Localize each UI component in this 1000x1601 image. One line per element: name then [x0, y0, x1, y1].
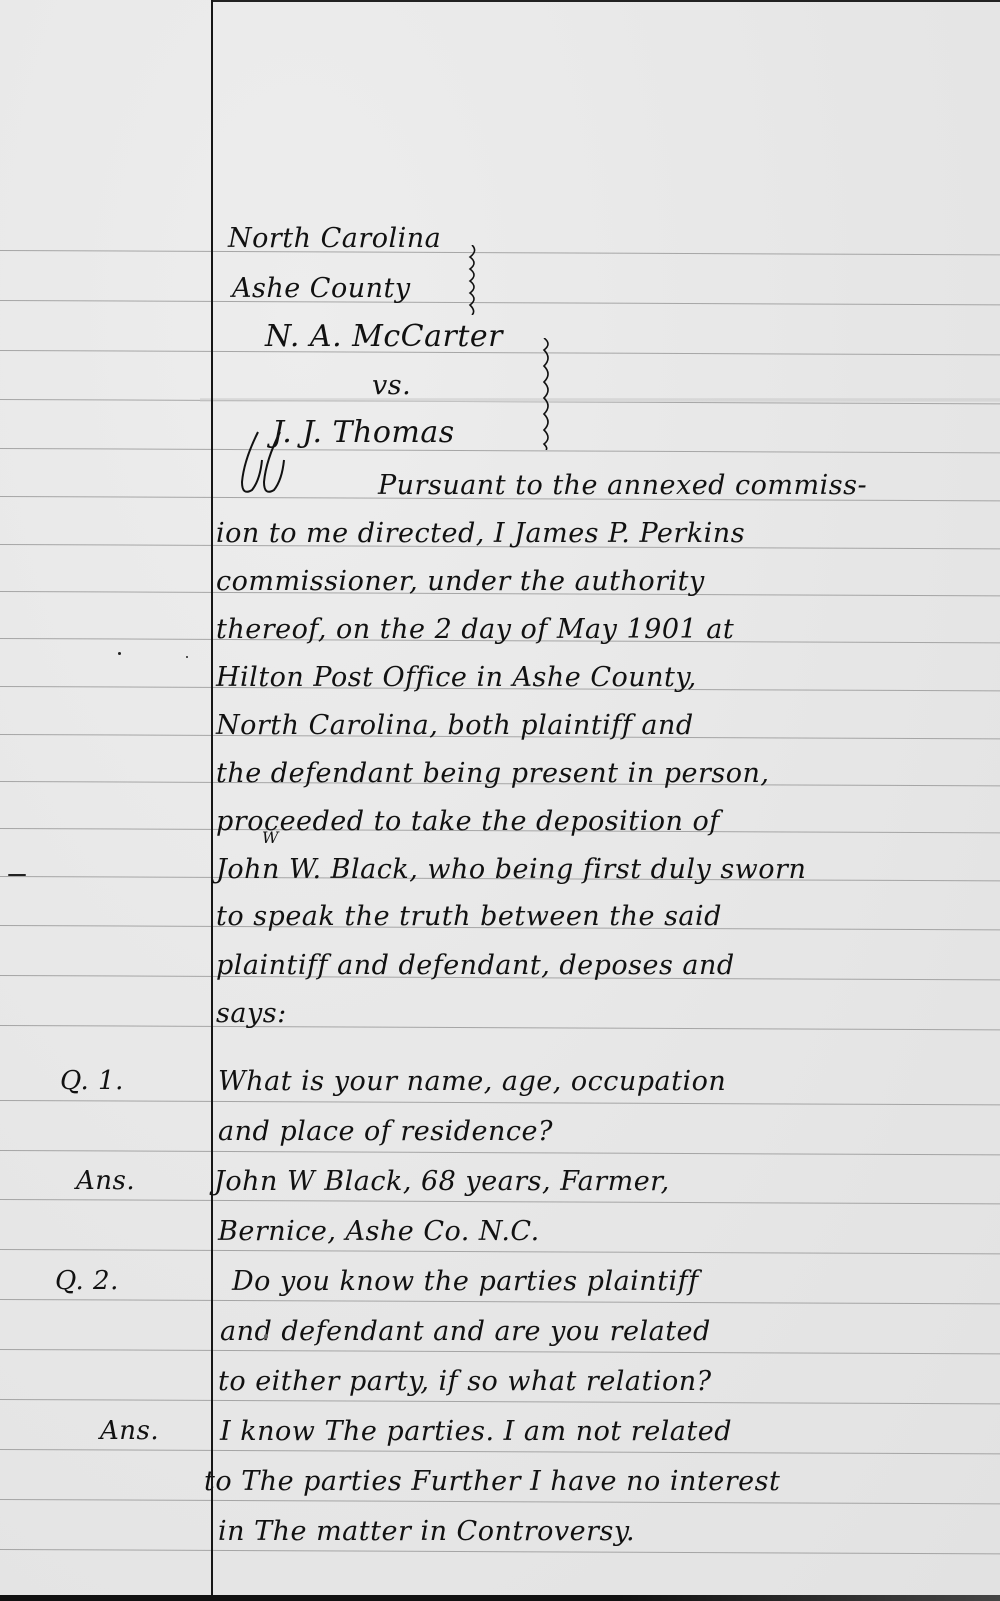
paper-fold-crease: [200, 398, 1000, 402]
question-line: and defendant and are you related: [220, 1318, 711, 1345]
caption-defendant: J. J. Thomas: [272, 418, 455, 448]
ruled-line: [0, 1150, 1000, 1155]
question-label: Q. 2.: [55, 1268, 119, 1294]
caption-flourish-icon: [238, 430, 298, 500]
answer-line: John W Black, 68 years, Farmer,: [214, 1168, 670, 1195]
question-line: What is your name, age, occupation: [218, 1068, 726, 1095]
ruled-line: [0, 1399, 1000, 1404]
body-line: Hilton Post Office in Ashe County,: [216, 664, 697, 691]
question-line: and place of residence?: [218, 1118, 553, 1145]
ruled-line: [0, 1449, 1000, 1454]
ruled-line: [0, 250, 1000, 255]
body-line: the defendant being present in person,: [216, 760, 769, 787]
caption-brace-icon: [466, 245, 480, 315]
page-top-edge: [213, 0, 1000, 2]
answer-label: Ans.: [76, 1168, 135, 1194]
body-line: to speak the truth between the said: [216, 903, 722, 930]
body-line: proceeded to take the deposition of: [216, 808, 720, 835]
body-line: commissioner, under the authority: [216, 568, 705, 595]
body-line: ion to me directed, I James P. Perkins: [216, 520, 745, 547]
body-line: says:: [216, 1000, 287, 1027]
body-line: Pursuant to the annexed commiss-: [378, 472, 867, 499]
caption-county: Ashe County: [232, 275, 411, 302]
ruled-line: [0, 1199, 1000, 1204]
ruled-line: [0, 300, 1000, 305]
answer-line: to The parties Further I have no interes…: [204, 1468, 780, 1495]
margin-dash-mark: [8, 874, 26, 876]
body-line: plaintiff and defendant, deposes and: [216, 952, 735, 979]
ruled-line: [0, 1499, 1000, 1504]
answer-label: Ans.: [100, 1418, 159, 1444]
margin-rule: [211, 0, 213, 1601]
caption-state: North Carolina: [228, 225, 441, 252]
caption-versus: vs.: [372, 372, 411, 399]
question-line: Do you know the parties plaintiff: [232, 1268, 699, 1295]
body-line: North Carolina, both plaintiff and: [216, 712, 694, 739]
ink-speck: [186, 656, 188, 658]
ruled-line: [0, 448, 1000, 453]
answer-line: in The matter in Controversy.: [218, 1518, 635, 1545]
question-label: Q. 1.: [60, 1068, 124, 1094]
ruled-line: [0, 1025, 1000, 1030]
ink-speck: [264, 1334, 268, 1339]
answer-line: Bernice, Ashe Co. N.C.: [218, 1218, 540, 1245]
scan-bottom-edge: [0, 1595, 1000, 1601]
answer-line: I know The parties. I am not related: [220, 1418, 732, 1445]
ruled-line: [0, 1349, 1000, 1354]
superscript-initial: W: [262, 830, 279, 846]
ruled-line: [0, 1100, 1000, 1105]
case-brace-icon: [540, 338, 554, 450]
ruled-line: [0, 1249, 1000, 1254]
document-page: North Carolina Ashe County N. A. McCarte…: [0, 0, 1000, 1601]
body-line: thereof, on the 2 day of May 1901 at: [216, 616, 734, 643]
ruled-line: [0, 1549, 1000, 1554]
question-line: to either party, if so what relation?: [218, 1368, 712, 1395]
ruled-line: [0, 1299, 1000, 1304]
caption-plaintiff: N. A. McCarter: [265, 322, 503, 352]
body-line: John W. Black, who being first duly swor…: [216, 856, 806, 883]
ink-speck: [118, 652, 121, 655]
